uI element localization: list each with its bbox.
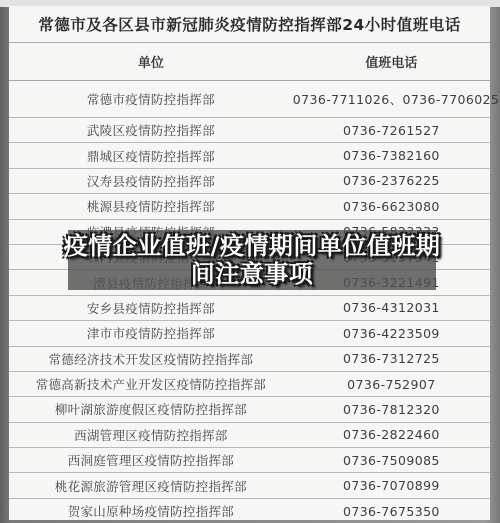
unit-cell: 津市市疫情防控指挥部 bbox=[9, 324, 293, 342]
phone-cell: 0736-7812320 bbox=[293, 402, 490, 417]
unit-cell: 鼎城区疫情防控指挥部 bbox=[9, 147, 293, 165]
table-header-row: 单位 值班电话 bbox=[9, 43, 490, 81]
caption-overlay: 疫情企业值班/疫情期间单位值班期 间注意事项 bbox=[68, 230, 436, 290]
phone-cell: 0736-7261527 bbox=[293, 123, 490, 138]
phone-cell: 0736-752907 bbox=[293, 377, 490, 392]
phone-cell: 0736-7675350 bbox=[293, 504, 490, 519]
unit-cell: 常德经济技术开发区疫情防控指挥部 bbox=[9, 350, 293, 368]
caption-overlay-line1: 疫情企业值班/疫情期间单位值班期 bbox=[64, 232, 441, 260]
unit-cell: 汉寿县疫情防控指挥部 bbox=[9, 172, 293, 190]
phone-cell: 0736-7509085 bbox=[293, 453, 490, 468]
table-row: 常德市疫情防控指挥部 0736-7711026、0736-7706025 bbox=[9, 81, 490, 118]
table-body: 常德市疫情防控指挥部 0736-7711026、0736-7706025 武陵区… bbox=[9, 81, 490, 523]
table-row: 常德经济技术开发区疫情防控指挥部 0736-7312725 bbox=[9, 347, 490, 372]
unit-cell: 安乡县疫情防控指挥部 bbox=[9, 299, 293, 317]
table-row: 常德高新技术产业开发区疫情防控指挥部 0736-752907 bbox=[9, 372, 490, 397]
phone-cell: 0736-4312031 bbox=[293, 300, 490, 315]
column-header-unit: 单位 bbox=[9, 52, 293, 71]
photo-of-duty-phone-table: 常德市及各区县市新冠肺炎疫情防控指挥部24小时值班电话 单位 值班电话 常德市疫… bbox=[0, 0, 500, 523]
unit-cell: 桃源县疫情防控指挥部 bbox=[9, 197, 293, 215]
phone-cell: 0736-7070899 bbox=[293, 478, 490, 493]
table-row: 西湖管理区疫情防控指挥部 0736-2822460 bbox=[9, 423, 490, 448]
unit-cell: 西洞庭管理区疫情防控指挥部 bbox=[9, 451, 293, 469]
phone-cell: 0736-4223509 bbox=[293, 326, 490, 341]
table-row: 桃花源旅游管理区疫情防控指挥部 0736-7070899 bbox=[9, 473, 490, 498]
unit-cell: 贺家山原种场疫情防控指挥部 bbox=[9, 502, 293, 520]
table-row: 桃源县疫情防控指挥部 0736-6623080 bbox=[9, 194, 490, 219]
phone-cell: 0736-7382160 bbox=[293, 148, 490, 163]
unit-cell: 常德市疫情防控指挥部 bbox=[9, 90, 293, 108]
table-row: 武陵区疫情防控指挥部 0736-7261527 bbox=[9, 118, 490, 143]
table-row: 柳叶湖旅游度假区疫情防控指挥部 0736-7812320 bbox=[9, 397, 490, 422]
document-title: 常德市及各区县市新冠肺炎疫情防控指挥部24小时值班电话 bbox=[9, 6, 490, 43]
column-header-phone: 值班电话 bbox=[293, 52, 490, 71]
phone-cell: 0736-6623080 bbox=[293, 199, 490, 214]
phone-cell: 0736-7312725 bbox=[293, 351, 490, 366]
unit-cell: 常德高新技术产业开发区疫情防控指挥部 bbox=[9, 375, 293, 393]
table-row: 贺家山原种场疫情防控指挥部 0736-7675350 bbox=[9, 499, 490, 523]
unit-cell: 柳叶湖旅游度假区疫情防控指挥部 bbox=[9, 400, 293, 418]
table-row: 安乡县疫情防控指挥部 0736-4312031 bbox=[9, 296, 490, 321]
phone-cell: 0736-2822460 bbox=[293, 427, 490, 442]
phone-cell: 0736-2376225 bbox=[293, 173, 490, 188]
unit-cell: 桃花源旅游管理区疫情防控指挥部 bbox=[9, 477, 293, 495]
table-row: 西洞庭管理区疫情防控指挥部 0736-7509085 bbox=[9, 448, 490, 473]
table-row: 鼎城区疫情防控指挥部 0736-7382160 bbox=[9, 143, 490, 168]
caption-overlay-line2: 间注意事项 bbox=[191, 260, 314, 288]
phone-cell: 0736-7711026、0736-7706025 bbox=[293, 90, 490, 108]
unit-cell: 西湖管理区疫情防控指挥部 bbox=[9, 426, 293, 444]
table-row: 津市市疫情防控指挥部 0736-4223509 bbox=[9, 321, 490, 346]
table-row: 汉寿县疫情防控指挥部 0736-2376225 bbox=[9, 169, 490, 194]
unit-cell: 武陵区疫情防控指挥部 bbox=[9, 121, 293, 139]
